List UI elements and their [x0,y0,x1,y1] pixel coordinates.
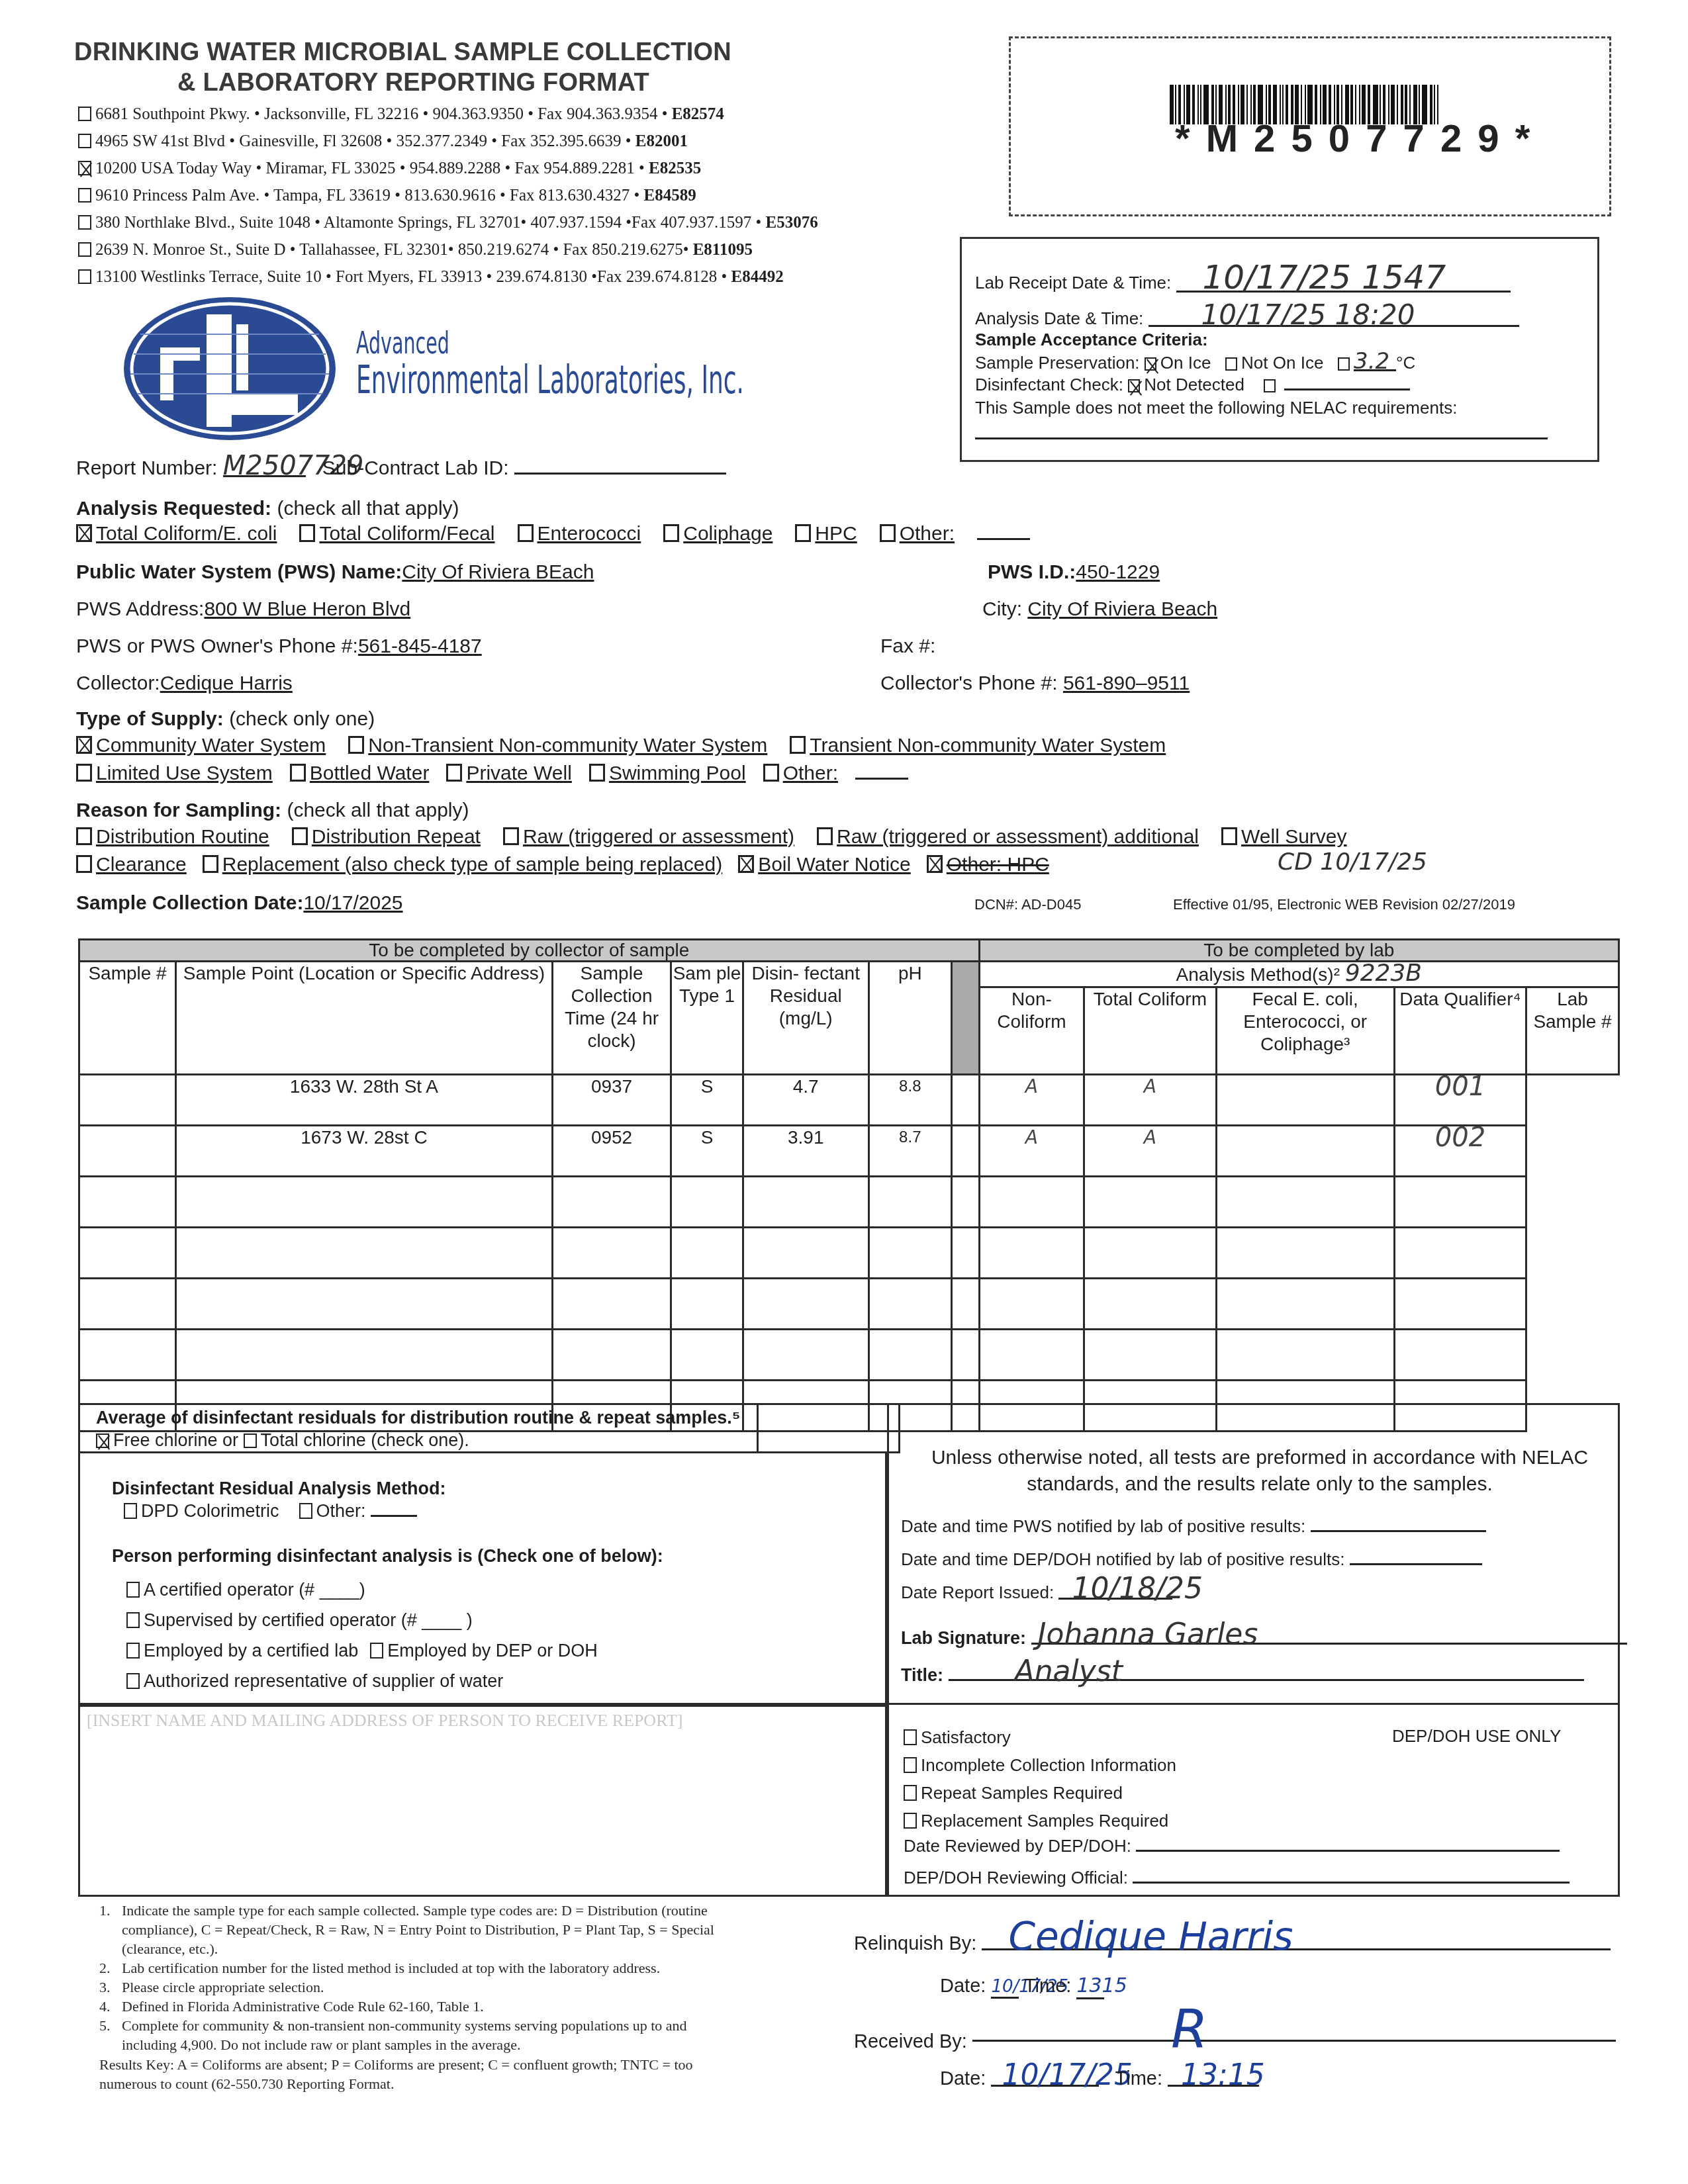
person-option[interactable]: Employed by a certified lab [126,1641,358,1661]
lab-band: To be completed by lab [979,940,1618,962]
col-sample-type: Sam ple Type 1 [671,962,743,1075]
total-chlorine-label: Total chlorine (check one). [261,1430,469,1450]
cell-time[interactable] [552,1177,671,1228]
pws-phone-value[interactable]: 561-845-4187 [358,635,482,657]
pws-name-value[interactable]: City Of Riviera BEach [402,561,594,583]
supply-other-field[interactable] [855,778,908,780]
cell-type[interactable]: S [671,1075,743,1126]
option-label: Other: [783,762,838,784]
collector-value[interactable]: Cedique Harris [160,672,293,694]
table-row [79,1279,1619,1330]
cell-residual[interactable]: 4.7 [743,1075,868,1126]
cell-fecal[interactable] [1084,1279,1216,1330]
relinquish-time-label: Time: [1024,1976,1071,1997]
col-analysis-method: Analysis Method(s)² 9223B [979,962,1618,987]
cell-sample-no[interactable] [79,1330,176,1381]
dep-option-label: Incomplete Collection Information [921,1755,1176,1775]
supply-type-hint: (check only one) [229,708,375,730]
dep-use-only: DEP/DOH USE ONLY [1392,1726,1561,1747]
lab-address-text: 9610 Princess Palm Ave. • Tampa, FL 3361… [95,187,644,205]
lab-cert-number: E84492 [731,268,784,286]
cell-residual[interactable]: 3.91 [743,1126,868,1177]
cell-sample-point[interactable] [176,1279,553,1330]
dep-option-label: Replacement Samples Required [921,1811,1168,1831]
checkbox[interactable] [763,764,779,782]
form-title-line1: DRINKING WATER MICROBIAL SAMPLE COLLECTI… [74,38,731,67]
cell-lab-sample[interactable] [1394,1330,1526,1381]
detected-value-field[interactable] [1284,388,1410,390]
reason-annotation: CD 10/17/25 [1278,848,1427,876]
checkbox[interactable] [904,1813,917,1829]
cell-sample-no[interactable] [79,1279,176,1330]
dep-option[interactable]: Replacement Samples Required [904,1807,1176,1835]
person-option[interactable]: A certified operator (# ____) [126,1580,365,1600]
col-non-coliform: Non- Coliform [979,987,1084,1075]
cell-fecal[interactable]: A [1084,1126,1216,1177]
checkbox[interactable] [76,736,92,754]
divider-column [951,962,979,1075]
col-data-qualifier: Data Qualifier⁴ [1394,987,1526,1075]
analysis-datetime-value[interactable]: 10/17/25 18:20 [1149,305,1519,327]
cell-time[interactable] [552,1330,671,1381]
cell-ph[interactable]: 8.8 [868,1075,951,1126]
lab-address-item: 2639 N. Monroe St., Suite D • Tallahasse… [78,236,818,263]
company-name: Advanced Environmental Laboratories, Inc… [356,324,744,398]
received-time-value[interactable]: 13:15 [1168,2066,1259,2087]
footnote: 1.Indicate the sample type for each samp… [99,1901,735,1958]
cell-time[interactable]: 0937 [552,1075,671,1126]
city-value[interactable]: City Of Riviera Beach [1027,598,1217,620]
supply-options-row2: Limited Use SystemBottled WaterPrivate W… [76,762,908,785]
barcode-number: * M 2 5 0 7 7 2 9 * [1175,116,1532,161]
relinquish-date-value[interactable]: 10/17/25 [991,1977,1019,1999]
person-option[interactable]: Authorized representative of supplier of… [126,1671,503,1691]
checkbox[interactable] [518,524,534,542]
lab-address-checkbox[interactable] [78,215,91,230]
subcontract-field[interactable] [514,473,726,475]
cell-total-coliform[interactable] [979,1330,1084,1381]
lab-receipt-value[interactable]: 10/17/25 1547 [1176,264,1511,293]
dpd-checkbox[interactable] [124,1503,137,1519]
report-number-label: Report Number: [76,457,217,479]
checkbox[interactable] [299,524,315,542]
reason-option-well-survey[interactable]: Well Survey [1221,826,1347,848]
method-label: Disinfectant Residual Analysis Method: [112,1479,446,1499]
cell-lab-sample[interactable]: 002 [1394,1126,1526,1177]
lab-address-item: 13100 Westlinks Terrace, Suite 10 • Fort… [78,263,818,291]
official-label: DEP/DOH Reviewing Official: [904,1868,1128,1888]
cell-fecal[interactable] [1084,1330,1216,1381]
cell-residual[interactable] [743,1228,868,1279]
collector-phone-value[interactable]: 561-890–9511 [1063,672,1190,694]
col-sample-point: Sample Point (Location or Specific Addre… [176,962,553,1075]
report-issued-label: Date Report Issued: [901,1582,1054,1602]
reason-option-distribution-routine[interactable]: Distribution Routine [76,826,269,848]
nelac-requirements-label: This Sample does not meet the following … [975,398,1457,418]
cell-sample-point[interactable] [176,1228,553,1279]
lab-address-item: 9610 Princess Palm Ave. • Tampa, FL 3361… [78,182,818,209]
cell-fecal[interactable] [1084,1228,1216,1279]
supply-option-private-well[interactable]: Private Well [446,762,572,784]
temperature-value[interactable]: 3.2 [1354,353,1396,371]
disinfectant-check-label: Disinfectant Check: [975,375,1123,394]
pws-name-label: Public Water System (PWS) Name: [76,561,402,583]
checkbox[interactable] [503,827,519,845]
cell-qualifier[interactable] [1216,1126,1394,1177]
lab-address-text: 10200 USA Today Way • Miramar, FL 33025 … [95,159,649,177]
analysis-datetime-label: Analysis Date & Time: [975,308,1143,328]
cell-qualifier[interactable] [1216,1075,1394,1126]
reason-option-replacement-also-check-type-of-sample-being-replaced[interactable]: Replacement (also check type of sample b… [203,854,722,876]
analysis-option-enterococci[interactable]: Enterococci [518,523,641,545]
pws-notified-field[interactable] [1311,1530,1486,1532]
option-label: Total Coliform/Fecal [319,523,494,545]
collector-phone-label: Collector's Phone #: [880,672,1058,694]
ael-logo [120,295,339,443]
pws-id-value[interactable]: 450-1229 [1076,561,1160,583]
col-fecal: Fecal E. coli, Enterococci, or Coliphage… [1216,987,1394,1075]
reason-option-clearance[interactable]: Clearance [76,854,187,876]
person-option-label: A certified operator (# ____) [144,1580,365,1600]
cell-lab-sample[interactable] [1394,1177,1526,1228]
cell-sample-point[interactable] [176,1330,553,1381]
lab-cert-number: E84589 [644,187,696,205]
method-other-checkbox[interactable] [299,1503,312,1519]
collector-label: Collector: [76,672,160,694]
total-chlorine-checkbox[interactable] [244,1433,257,1448]
lab-address-checkbox[interactable] [78,269,91,284]
footnote: 3.Please circle appropriate selection. [99,1978,735,1997]
cell-sample-no[interactable] [79,1177,176,1228]
title-label: Title: [901,1665,943,1685]
checkbox[interactable] [76,764,92,782]
option-label: HPC [815,523,857,545]
cell-time[interactable]: 0952 [552,1126,671,1177]
cell-qualifier[interactable] [1216,1279,1394,1330]
analysis-requested-hint: (check all that apply) [277,498,459,520]
col-disinfectant: Disin- fectant Residual (mg/L) [743,962,868,1075]
option-label: Bottled Water [310,762,430,784]
supply-option-community-water-system[interactable]: Community Water System [76,735,326,756]
cell-ph[interactable] [868,1177,951,1228]
checkbox[interactable] [738,855,754,873]
reason-option-raw-triggered-or-assessment[interactable]: Raw (triggered or assessment) [503,826,794,848]
average-residual-label: Average of disinfectant residuals for di… [96,1406,758,1451]
option-label: Swimming Pool [609,762,746,784]
cell-sample-no[interactable] [79,1126,176,1177]
option-label: Other: HPC [947,854,1049,876]
not-detected-label: Not Detected [1144,375,1244,394]
not-on-ice-checkbox[interactable] [1225,357,1237,371]
checkbox[interactable] [663,524,679,542]
cell-lab-sample[interactable]: 001 [1394,1075,1526,1126]
acceptance-criteria-label: Sample Acceptance Criteria: [975,330,1208,350]
lab-address-item: 4965 SW 41st Blvd • Gainesville, Fl 3260… [78,128,818,155]
supply-option-other[interactable]: Other: [763,762,838,784]
checkbox[interactable] [795,524,811,542]
table-row [79,1330,1619,1381]
option-label: Transient Non-community Water System [810,735,1166,756]
analysis-option-other[interactable]: Other: [880,523,955,545]
cell-sample-no[interactable] [79,1228,176,1279]
cell-fecal[interactable] [1084,1177,1216,1228]
method-other-field[interactable] [371,1515,417,1517]
fax-label: Fax #: [880,635,935,657]
effective-revision: Effective 01/95, Electronic WEB Revision… [1173,896,1515,913]
cell-type[interactable] [671,1228,743,1279]
cell-total-coliform[interactable] [979,1279,1084,1330]
supply-type-label: Type of Supply: [76,708,224,730]
results-key: Results Key: A = Coliforms are absent; P… [99,2055,735,2093]
title-value[interactable]: Analyst [949,1664,1584,1681]
cell-sample-point[interactable]: 1673 W. 28st C [176,1126,553,1177]
checkbox[interactable] [126,1673,140,1689]
cell-ph[interactable] [868,1228,951,1279]
company-name-line2: Environmental Laboratories, Inc. [356,361,744,398]
cell-total-coliform[interactable] [979,1177,1084,1228]
checkbox[interactable] [927,855,943,873]
footnote: 5.Complete for community & non-transient… [99,2016,735,2054]
footnote: 2.Lab certification number for the liste… [99,1958,735,1978]
on-ice-checkbox[interactable] [1145,357,1156,371]
collection-date-label: Sample Collection Date: [76,892,303,914]
cell-type[interactable]: S [671,1126,743,1177]
checkbox[interactable] [76,524,92,542]
reason-label: Reason for Sampling: [76,799,281,821]
option-label: Clearance [96,854,187,876]
cell-type[interactable] [671,1330,743,1381]
option-label: Enterococci [538,523,641,545]
lab-cert-number: E53076 [766,214,818,232]
cell-total-coliform[interactable]: A [979,1126,1084,1177]
person-option-label: Authorized representative of supplier of… [144,1671,503,1691]
cell-residual[interactable] [743,1330,868,1381]
cell-non-coliform[interactable] [951,1330,979,1381]
option-label: Limited Use System [96,762,273,784]
cell-qualifier[interactable] [1216,1330,1394,1381]
checkbox[interactable] [126,1643,140,1659]
supply-option-limited-use-system[interactable]: Limited Use System [76,762,273,784]
lab-address-checkbox[interactable] [78,161,91,175]
reason-option-raw-triggered-or-assessment-additional[interactable]: Raw (triggered or assessment) additional [817,826,1199,848]
person-option-label: Supervised by certified operator (# ____… [144,1610,473,1630]
lab-receipt-box: Lab Receipt Date & Time: 10/17/25 1547 A… [960,237,1599,462]
nelac-note: Unless otherwise noted, all tests are pr… [915,1445,1604,1498]
relinquish-signature[interactable]: Cedique Harris [982,1925,1611,1950]
analysis-option-hpc[interactable]: HPC [795,523,857,545]
lab-receipt-label: Lab Receipt Date & Time: [975,273,1171,293]
cell-non-coliform[interactable] [951,1279,979,1330]
checkbox[interactable] [1221,827,1237,845]
cell-time[interactable] [552,1228,671,1279]
option-label: Non-Transient Non-community Water System [368,735,767,756]
analysis-option-coliphage[interactable]: Coliphage [663,523,773,545]
analysis-option-total-coliform-fecal[interactable]: Total Coliform/Fecal [299,523,494,545]
option-label: Coliphage [683,523,773,545]
footnotes: 1.Indicate the sample type for each samp… [99,1901,735,2054]
checkbox[interactable] [904,1757,917,1773]
lab-address-text: 13100 Westlinks Terrace, Suite 10 • Fort… [95,268,731,286]
checkbox[interactable] [203,855,218,873]
dep-notified-field[interactable] [1350,1563,1482,1565]
cell-type[interactable] [671,1279,743,1330]
person-option[interactable]: Employed by DEP or DOH [370,1641,598,1661]
disinfectant-method-box: Disinfectant Residual Analysis Method: D… [78,1453,887,1705]
mailing-address-box[interactable]: [INSERT NAME AND MAILING ADDRESS OF PERS… [78,1705,887,1897]
received-label: Received By: [854,2031,967,2052]
analysis-method-label: Analysis Method(s)² [1176,964,1340,985]
received-signature[interactable]: R [972,2020,1616,2042]
cell-lab-sample[interactable] [1394,1228,1526,1279]
checkbox[interactable] [790,736,806,754]
person-option-label: Employed by DEP or DOH [387,1641,598,1661]
relinquish-label: Relinquish By: [854,1933,976,1954]
checkbox[interactable] [126,1612,140,1628]
lab-address-text: 2639 N. Monroe St., Suite D • Tallahasse… [95,241,693,259]
cell-non-coliform[interactable] [951,1228,979,1279]
person-option[interactable]: Supervised by certified operator (# ____… [126,1610,473,1630]
collector-band: To be completed by collector of sample [79,940,980,962]
collection-date-value[interactable]: 10/17/2025 [303,892,402,914]
cell-total-coliform[interactable]: A [979,1075,1084,1126]
cell-ph[interactable]: 8.7 [868,1126,951,1177]
free-chlorine-label: Free chlorine or [113,1430,238,1450]
pws-address-label: PWS Address: [76,598,204,620]
barcode-label: * M 2 5 0 7 7 2 9 * [1009,36,1611,216]
dep-option[interactable]: Repeat Samples Required [904,1779,1176,1807]
lab-address-item: 10200 USA Today Way • Miramar, FL 33025 … [78,155,818,182]
person-option-label: Employed by a certified lab [144,1641,358,1661]
table-row [79,1228,1619,1279]
checkbox[interactable] [446,764,462,782]
relinquish-date-label: Date: [940,1976,986,1997]
option-label: Raw (triggered or assessment) [523,826,794,848]
lab-address-checkbox[interactable] [78,242,91,257]
table-row [79,1177,1619,1228]
subcontract-label: Sub-Contract Lab ID: [322,457,509,479]
checkbox[interactable] [370,1643,383,1659]
analysis-option-total-coliform-e-coli[interactable]: Total Coliform/E. coli [76,523,277,545]
dep-option[interactable]: Satisfactory [904,1723,1176,1751]
supply-option-bottled-water[interactable]: Bottled Water [290,762,430,784]
analysis-other-field[interactable] [977,538,1030,540]
cell-qualifier[interactable] [1216,1177,1394,1228]
checkbox[interactable] [348,736,364,754]
reason-option-boil-water-notice[interactable]: Boil Water Notice [738,854,911,876]
cell-non-coliform[interactable] [951,1177,979,1228]
analysis-options: Total Coliform/E. coliTotal Coliform/Fec… [76,523,1030,545]
report-number-value[interactable]: M2507729 [223,457,306,477]
received-date-label: Date: [940,2068,986,2089]
analysis-method-value[interactable]: 9223B [1345,960,1422,987]
checkbox[interactable] [904,1785,917,1801]
cell-ph[interactable] [868,1279,951,1330]
cell-total-coliform[interactable] [979,1228,1084,1279]
supply-option-swimming-pool[interactable]: Swimming Pool [589,762,746,784]
nelac-requirements-field[interactable] [975,437,1548,439]
date-reviewed-field[interactable] [1136,1850,1560,1852]
cell-non-coliform[interactable] [951,1075,979,1126]
lab-results-box: Unless otherwise noted, all tests are pr… [887,1403,1620,1705]
cell-residual[interactable] [743,1279,868,1330]
dpd-label: DPD Colorimetric [141,1501,279,1521]
cell-sample-point[interactable] [176,1177,553,1228]
method-other-label: Other: [316,1501,366,1521]
lab-address-checkbox[interactable] [78,188,91,203]
option-label: Other: [900,523,955,545]
checkbox[interactable] [126,1582,140,1598]
option-label: Raw (triggered or assessment) additional [837,826,1199,848]
dep-option[interactable]: Incomplete Collection Information [904,1751,1176,1779]
checkbox[interactable] [290,764,306,782]
footnote: 4.Defined in Florida Administrative Code… [99,1997,735,2016]
lab-address-checkbox[interactable] [78,107,91,121]
cell-sample-no[interactable] [79,1075,176,1126]
lab-address-checkbox[interactable] [78,134,91,148]
cell-residual[interactable] [743,1177,868,1228]
not-detected-checkbox[interactable] [1128,379,1140,392]
col-ph: pH [868,962,951,1075]
samples-table: To be completed by collector of sample T… [78,938,1620,1432]
cell-fecal[interactable]: A [1084,1075,1216,1126]
temp-unit: °C [1396,353,1415,373]
relinquish-time-value[interactable]: 1315 [1076,1974,1104,1999]
dep-doh-box: SatisfactoryIncomplete Collection Inform… [887,1705,1620,1897]
cell-lab-sample[interactable] [1394,1279,1526,1330]
cell-ph[interactable] [868,1330,951,1381]
lab-address-text: 6681 Southpoint Pkwy. • Jacksonville, FL… [95,105,672,123]
cell-sample-point[interactable]: 1633 W. 28th St A [176,1075,553,1126]
official-field[interactable] [1133,1882,1570,1884]
cell-non-coliform[interactable] [951,1126,979,1177]
received-date-value[interactable]: 10/17/25 [991,2066,1099,2087]
checkbox[interactable] [589,764,605,782]
checkbox[interactable] [817,827,833,845]
reason-options-row2: ClearanceReplacement (also check type of… [76,854,1065,876]
cell-time[interactable] [552,1279,671,1330]
option-label: Distribution Routine [96,826,269,848]
not-on-ice-label: Not On Ice [1241,353,1323,373]
reason-option-distribution-repeat[interactable]: Distribution Repeat [292,826,481,848]
checkbox[interactable] [880,524,896,542]
reason-option-other-hpc[interactable]: Other: HPC [927,854,1049,876]
pws-id-label: PWS I.D.: [988,561,1076,583]
table-row: 1673 W. 28st C0952S3.918.7AA002 [79,1126,1619,1177]
reason-hint: (check all that apply) [287,799,469,821]
company-name-line1: Advanced [356,324,744,361]
dep-options: SatisfactoryIncomplete Collection Inform… [904,1723,1176,1835]
cell-type[interactable] [671,1177,743,1228]
checkbox[interactable] [904,1729,917,1745]
supply-option-transient-non-community-water-system[interactable]: Transient Non-community Water System [790,735,1166,756]
temp-checkbox[interactable] [1338,357,1350,371]
supply-option-non-transient-non-community-water-system[interactable]: Non-Transient Non-community Water System [348,735,767,756]
cell-qualifier[interactable] [1216,1228,1394,1279]
average-residual-box: Average of disinfectant residuals for di… [78,1403,900,1453]
lab-signature-value[interactable]: Johanna Garles [1031,1627,1627,1645]
free-chlorine-checkbox[interactable] [96,1433,109,1448]
option-label: Boil Water Notice [758,854,911,876]
detected-checkbox[interactable] [1264,379,1276,392]
average-value-cell[interactable] [757,1405,759,1451]
option-label: Private Well [466,762,572,784]
pws-address-value[interactable]: 800 W Blue Heron Blvd [204,598,410,620]
checkbox[interactable] [76,855,92,873]
checkbox[interactable] [292,827,308,845]
report-issued-value[interactable]: 10/18/25 [1058,1580,1172,1600]
col-lab-sample: Lab Sample # [1526,987,1619,1075]
checkbox[interactable] [76,827,92,845]
